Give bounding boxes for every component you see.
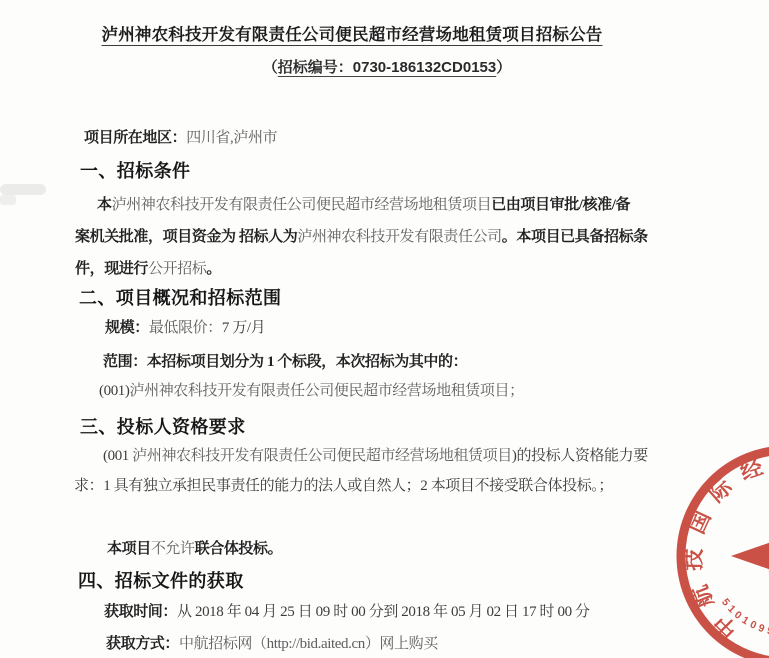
paragraph-line: 件，现进行公开招标。 bbox=[75, 257, 221, 278]
bid-number-value: 招标编号：0730-186132CD0153 bbox=[278, 59, 496, 76]
document-title: 泸州神农科技开发有限责任公司便民超市经营场地租赁项目招标公告 bbox=[102, 26, 603, 44]
acquisition-time-line: 获取时间：从 2018 年 04 月 25 日 09 时 00 分到 2018 … bbox=[104, 600, 590, 621]
section-heading-document-acquisition: 四、招标文件的获取 bbox=[78, 567, 244, 593]
svg-text:中航技国际经贸发展: 中航技国际经贸发展 bbox=[681, 449, 769, 643]
scan-smudge bbox=[0, 184, 46, 195]
seal-ring-text: 中航技国际经贸发展 bbox=[681, 449, 769, 643]
acquisition-method-line: 获取方式：中航招标网（http://bid.aited.cn）网上购买 bbox=[106, 632, 438, 653]
scanned-tender-announcement-page: 泸州神农科技开发有限责任公司便民超市经营场地租赁项目招标公告 （招标编号：073… bbox=[0, 0, 769, 658]
scale-line: 规模：最低限价：7 万/月 bbox=[105, 316, 265, 337]
scan-smudge bbox=[0, 195, 16, 205]
section-heading-bidder-qualification: 三、投标人资格要求 bbox=[80, 413, 246, 439]
svg-text:5101095415: 5101095415 bbox=[719, 596, 769, 639]
seal-ring bbox=[681, 450, 769, 658]
paragraph-line: (001 泸州神农科技开发有限责任公司便民超市经营场地租赁项目)的投标人资格能力… bbox=[103, 444, 648, 465]
bid-number-row: （招标编号：0730-186132CD0153） bbox=[0, 56, 769, 77]
scope-line: 范围：本招标项目划分为 1 个标段，本次招标为其中的： bbox=[103, 350, 467, 371]
location-value: 四川省,泸州市 bbox=[186, 130, 277, 146]
project-location-line: 项目所在地区：四川省,泸州市 bbox=[84, 126, 277, 147]
paragraph-line: 本泸州神农科技开发有限责任公司便民超市经营场地租赁项目已由项目审批/核准/备 bbox=[97, 193, 630, 214]
seal-star-icon bbox=[719, 486, 769, 615]
paragraph-line: 案机关批准，项目资金为 招标人为泸州神农科技开发有限责任公司。本项目已具备招标条 bbox=[75, 225, 648, 246]
location-label: 项目所在地区： bbox=[84, 130, 186, 146]
bid-number: （招标编号：0730-186132CD0153） bbox=[263, 59, 511, 76]
lot-line: (001)泸州神农科技开发有限责任公司便民超市经营场地租赁项目； bbox=[99, 379, 524, 400]
section-heading-project-overview: 二、项目概况和招标范围 bbox=[79, 284, 281, 310]
section-heading-bid-conditions: 一、招标条件 bbox=[80, 157, 190, 183]
document-title-row: 泸州神农科技开发有限责任公司便民超市经营场地租赁项目招标公告 bbox=[0, 21, 704, 45]
paragraph-line: 求：1 具有独立承担民事责任的能力的法人或自然人；2 本项目不接受联合体投标。； bbox=[74, 474, 613, 495]
consortium-note-line: 本项目不允许联合体投标。 bbox=[107, 537, 282, 558]
seal-serial-digits: 5101095415 bbox=[719, 596, 769, 639]
